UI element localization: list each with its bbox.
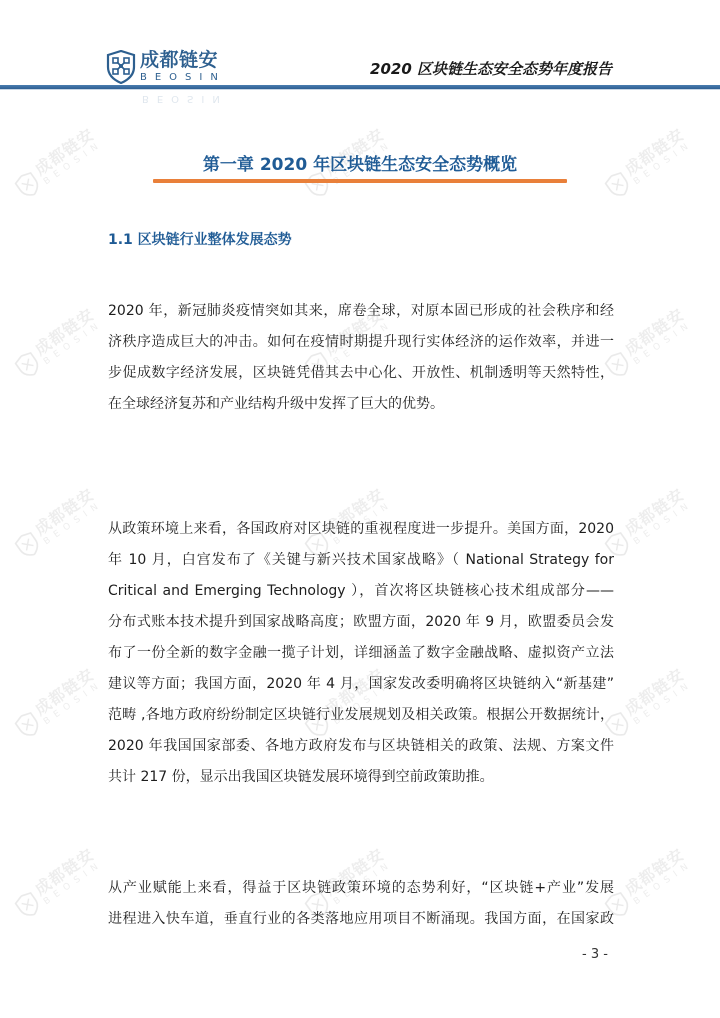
text-line: 布了一份全新的数字金融一揽子计划，详细涵盖了数字金融战略、虚拟资产立法 [108, 638, 614, 669]
watermark-shield-icon [12, 169, 44, 201]
watermark-name-en: BEOSIN [633, 500, 696, 548]
text-line: Critical and Emerging Technology ），首次将区块… [108, 576, 614, 607]
watermark: 成都链安BEOSIN [11, 845, 105, 922]
logo-reflection: BEOSIN [142, 93, 228, 104]
text-line: 2020 年，新冠肺炎疫情突如其来，席卷全球，对原本固已形成的社会秩序和经 [108, 296, 614, 327]
watermark-name-cn: 成都链安 [622, 125, 689, 178]
text-line: 年 10 月，白宫发布了《关键与新兴技术国家战略》（ National Stra… [108, 545, 614, 576]
text-line: 从政策环境上来看，各国政府对区块链的重视程度进一步提升。美国方面，2020 [108, 514, 614, 545]
watermark-name-en: BEOSIN [633, 320, 696, 368]
report-title: 2020 区块链生态安全态势年度报告 [370, 58, 612, 79]
watermark-name-en: BEOSIN [633, 680, 696, 728]
watermark: 成都链安BEOSIN [601, 125, 695, 202]
paragraph-industry: 从产业赋能上来看，得益于区块链政策环境的态势利好，“区块链+产业”发展 进程进入… [108, 873, 614, 935]
company-logo: 成都链安 BEOSIN [106, 50, 226, 84]
text-line: 步促成数字经济发展，区块链凭借其去中心化、开放性、机制透明等天然特性， [108, 358, 614, 389]
watermark-name-en: BEOSIN [633, 860, 696, 908]
shield-network-icon [106, 50, 136, 84]
logo-name-cn: 成都链安 [140, 51, 226, 70]
section-title: 1.1 区块链行业整体发展态势 [108, 229, 292, 249]
page-header: 成都链安 BEOSIN BEOSIN 2020 区块链生态安全态势年度报告 [0, 0, 720, 110]
watermark: 成都链安BEOSIN [601, 485, 695, 562]
text-line: 范畴 ,各地方政府纷纷制定区块链行业发展规划及相关政策。根据公开数据统计， [108, 700, 614, 731]
watermark-name-cn: 成都链安 [622, 305, 689, 358]
watermark-name-en: BEOSIN [633, 140, 696, 188]
text-line: 从产业赋能上来看，得益于区块链政策环境的态势利好，“区块链+产业”发展 [108, 873, 614, 904]
watermark: 成都链安BEOSIN [11, 305, 105, 382]
text-line: 在全球经济复苏和产业结构升级中发挥了巨大的优势。 [108, 389, 614, 420]
watermark-name-en: BEOSIN [43, 680, 106, 728]
watermark-shield-icon [12, 349, 44, 381]
text-line: 进程进入快车道，垂直行业的各类落地应用项目不断涌现。我国方面，在国家政 [108, 904, 614, 935]
text-line: 分布式账本技术提升到国家战略高度；欧盟方面，2020 年 9 月，欧盟委员会发 [108, 607, 614, 638]
watermark: 成都链安BEOSIN [11, 665, 105, 742]
watermark-name-cn: 成都链安 [622, 485, 689, 538]
chapter-title: 第一章 2020 年区块链生态安全态势概览 [150, 150, 570, 175]
watermark: 成都链安BEOSIN [11, 485, 105, 562]
watermark-shield-icon [12, 529, 44, 561]
watermark-name-en: BEOSIN [43, 140, 106, 188]
text-line: 济秩序造成巨大的冲击。如何在疫情时期提升现行实体经济的运作效率，并进一 [108, 327, 614, 358]
paragraph-policy: 从政策环境上来看，各国政府对区块链的重视程度进一步提升。美国方面，2020 年 … [108, 514, 614, 793]
header-divider-shadow [0, 89, 720, 90]
page-number: - 3 - [582, 947, 608, 962]
text-line: 建议等方面；我国方面，2020 年 4 月，国家发改委明确将区块链纳入“新基建” [108, 669, 614, 700]
watermark-shield-icon [602, 169, 634, 201]
watermark-name-en: BEOSIN [43, 500, 106, 548]
watermark: 成都链安BEOSIN [601, 845, 695, 922]
watermark-name-cn: 成都链安 [32, 845, 99, 898]
watermark: 成都链安BEOSIN [601, 665, 695, 742]
watermark-name-cn: 成都链安 [32, 305, 99, 358]
watermark-shield-icon [12, 709, 44, 741]
watermark-name-cn: 成都链安 [32, 665, 99, 718]
watermark-name-cn: 成都链安 [32, 485, 99, 538]
watermark: 成都链安BEOSIN [601, 305, 695, 382]
logo-name-en: BEOSIN [140, 73, 226, 83]
watermark-shield-icon [12, 889, 44, 921]
chapter-underline [153, 179, 567, 183]
watermark-name-cn: 成都链安 [32, 125, 99, 178]
watermark: 成都链安BEOSIN [11, 125, 105, 202]
watermark-name-en: BEOSIN [43, 320, 106, 368]
watermark-name-en: BEOSIN [43, 860, 106, 908]
paragraph-pandemic: 2020 年，新冠肺炎疫情突如其来，席卷全球，对原本固已形成的社会秩序和经 济秩… [108, 296, 614, 420]
watermark-name-cn: 成都链安 [622, 845, 689, 898]
text-line: 共计 217 份，显示出我国区块链发展环境得到空前政策助推。 [108, 762, 614, 793]
watermark-name-cn: 成都链安 [622, 665, 689, 718]
text-line: 2020 年我国国家部委、各地方政府发布与区块链相关的政策、法规、方案文件 [108, 731, 614, 762]
